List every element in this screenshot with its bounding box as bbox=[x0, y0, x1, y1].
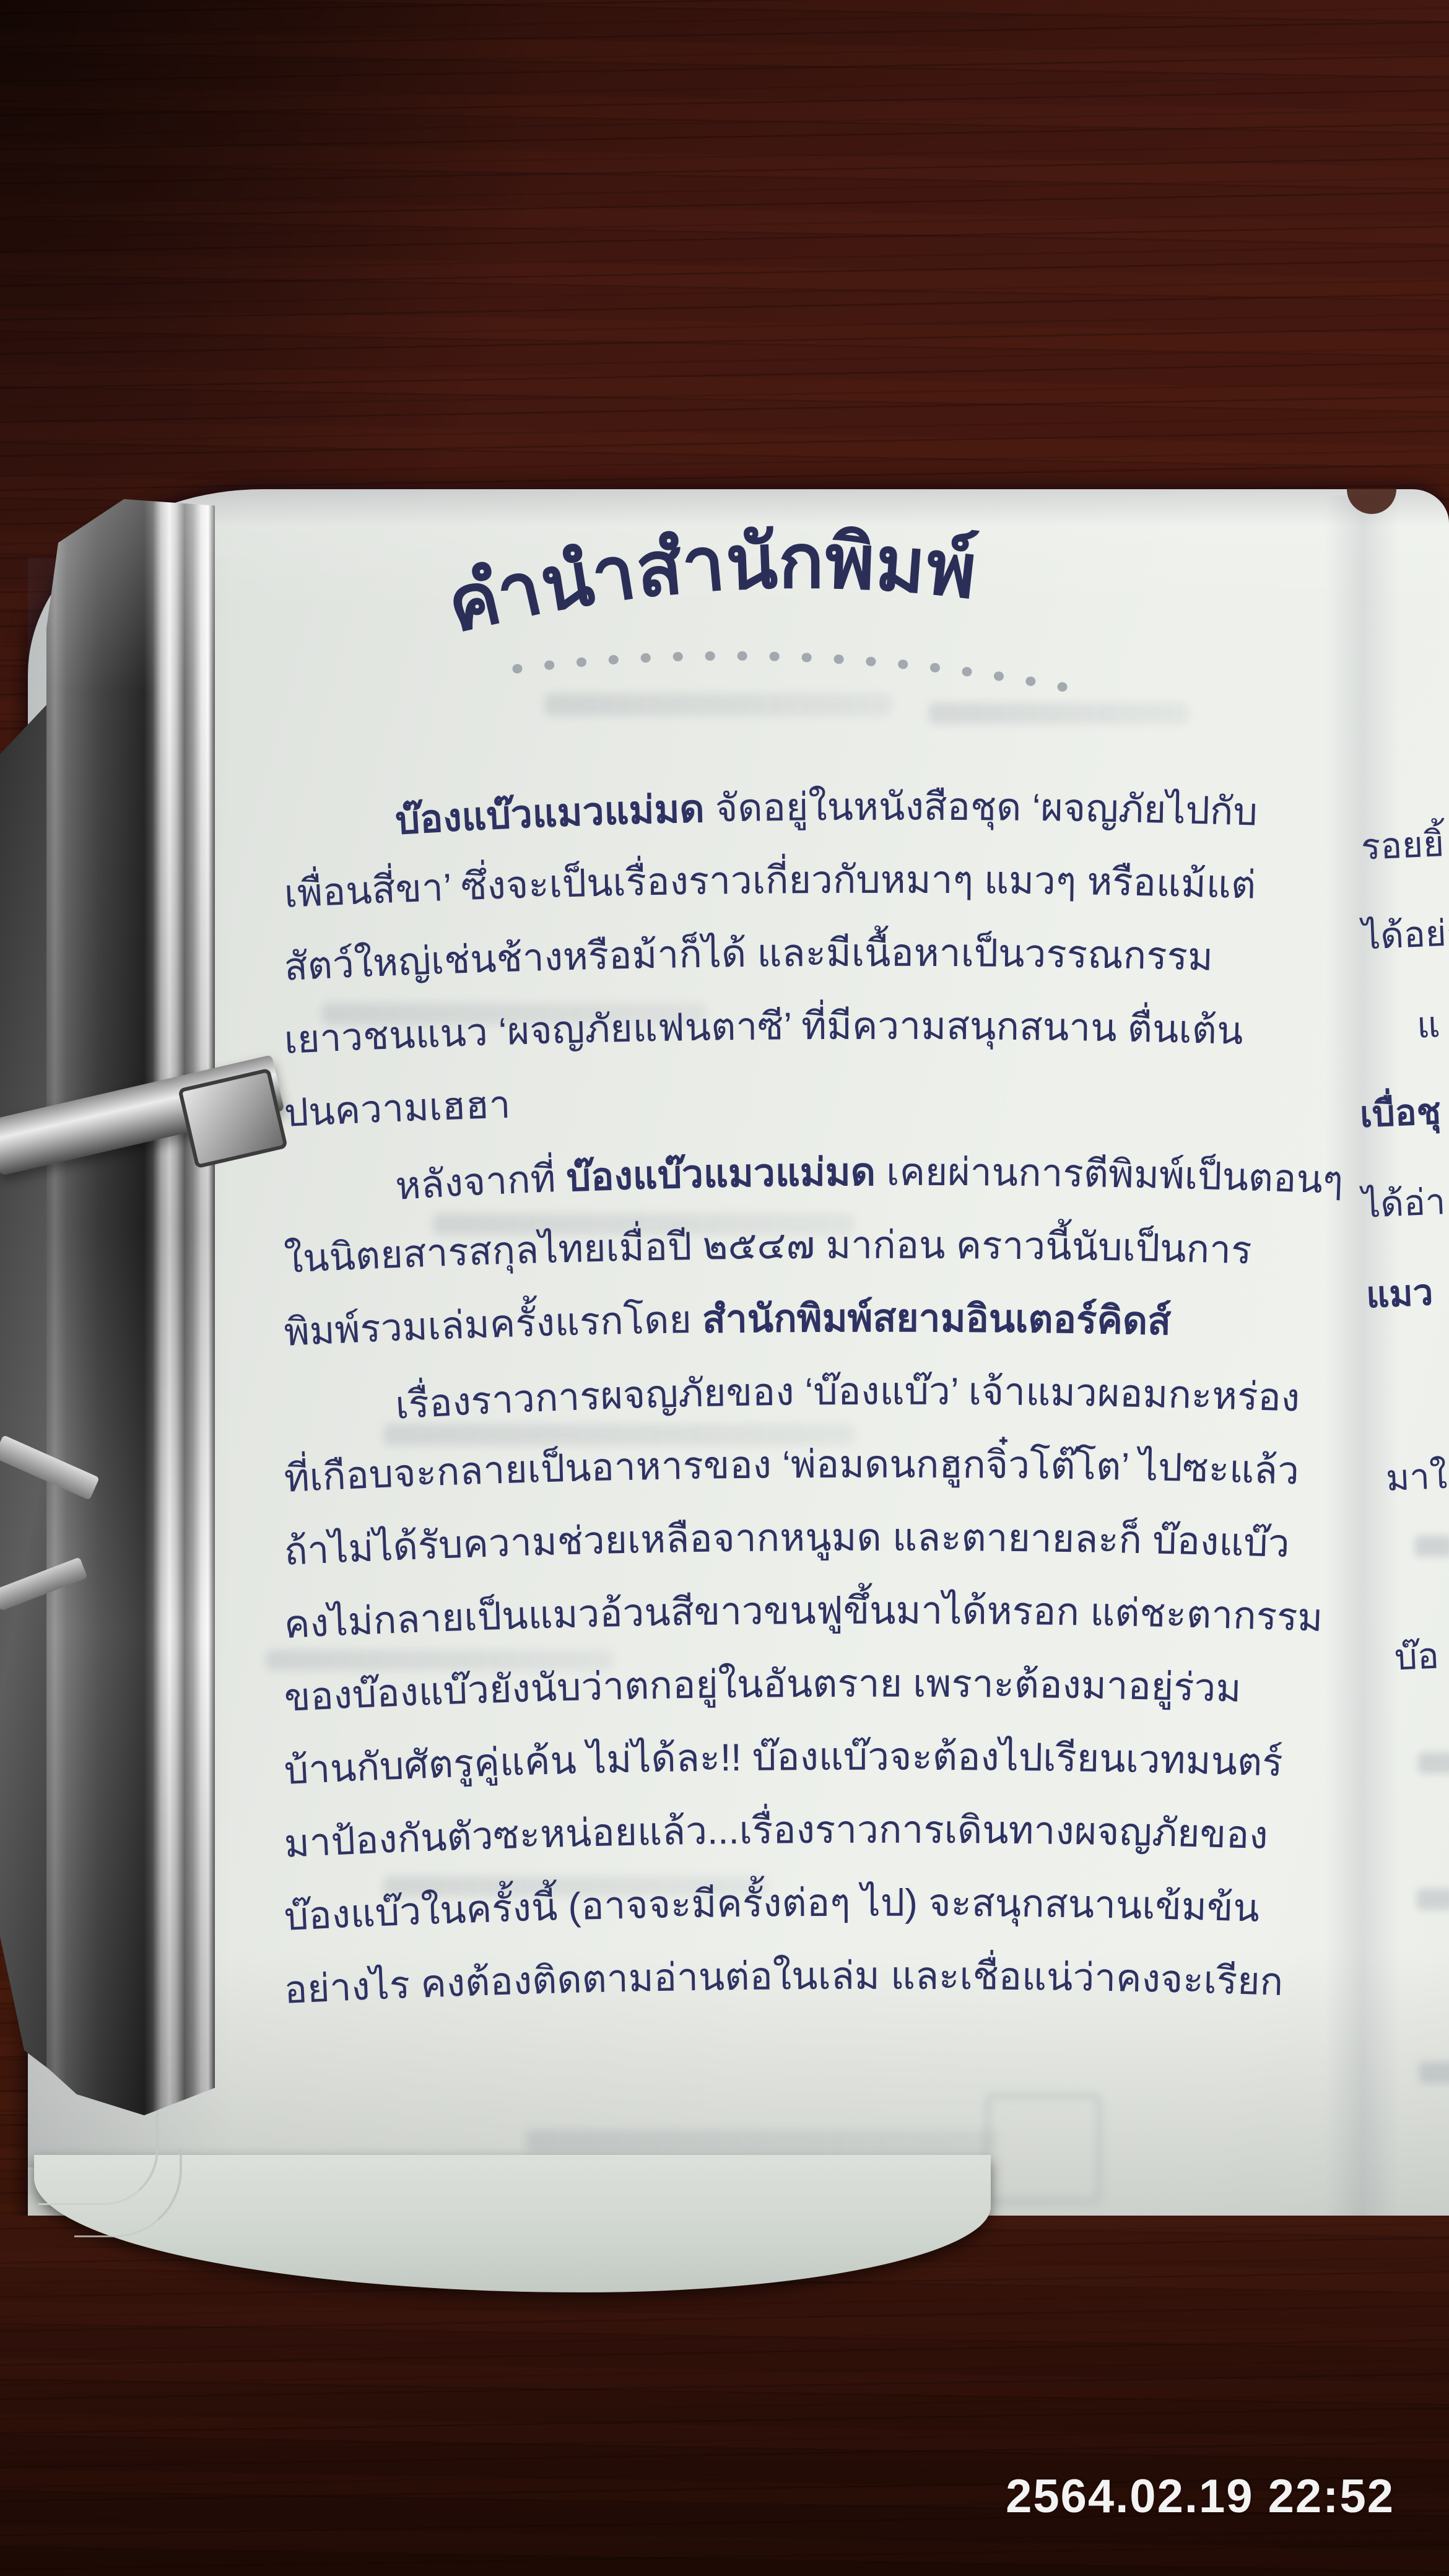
facing-page-show-through bbox=[1417, 1889, 1449, 1910]
body-line: สัตว์ใหญ่เช่นช้างหรือม้าก็ได้ และมีเนื้อ… bbox=[283, 925, 1213, 989]
facing-page-fragment: แ bbox=[1416, 995, 1441, 1054]
body-line: มาป้องกันตัวซะหน่อยแล้ว...เรื่องราวการเด… bbox=[283, 1804, 1268, 1866]
facing-page-fragment: เบื่อชุ bbox=[1359, 1082, 1442, 1143]
body-line: ของบ๊องแบ๊วยังนับว่าตกอยู่ในอันตราย เพรา… bbox=[283, 1663, 1242, 1720]
body-line: ถ้าไม่ได้รับความช่วยเหลือจากหนูมด และตาย… bbox=[283, 1516, 1290, 1573]
body-line: บ้านกับศัตรูคู่แค้น ไม่ได้ละ!! บ๊องแบ๊วจ… bbox=[283, 1736, 1283, 1793]
title-underline-dots bbox=[517, 656, 1071, 689]
facing-page-fragment: ได้อย่า bbox=[1361, 903, 1449, 965]
facing-page-show-through bbox=[1419, 2062, 1449, 2083]
page-title: คำนำสำนักพิมพ์ bbox=[440, 519, 980, 648]
facing-page-show-through bbox=[1418, 1752, 1449, 1773]
metal-clip-sheen bbox=[46, 499, 215, 2115]
facing-page-fragment: บ๊อ bbox=[1393, 1626, 1440, 1686]
facing-page-show-through bbox=[1415, 1536, 1449, 1557]
facing-page-fragment: ได้อ่า bbox=[1361, 1172, 1447, 1234]
body-line: บ๊องแบ๊วในครั้งนี้ (อาจจะมีครั้งต่อๆ ไป)… bbox=[283, 1876, 1260, 1939]
body-line: บ๊องแบ๊วแมวแม่มด จัดอยู่ในหนังสือชุด ‘ผจ… bbox=[394, 785, 1258, 843]
facing-page-fragment: มาใ bbox=[1385, 1447, 1448, 1507]
camera-timestamp: 2564.02.19 22:52 bbox=[1006, 2469, 1395, 2523]
facing-page-fragment: แมว bbox=[1365, 1263, 1434, 1324]
body-line: หลังจากที่ บ๊องแบ๊วแมวแม่มด เคยผ่านการตี… bbox=[394, 1151, 1344, 1208]
body-line: คงไม่กลายเป็นแมวอ้วนสีขาวขนฟูขึ้นมาได้หร… bbox=[283, 1583, 1323, 1647]
body-line: ที่เกือบจะกลายเป็นอาหารของ ‘พ่อมดนกฮูกจิ… bbox=[283, 1436, 1300, 1500]
body-line: เรื่องราวการผจญภัยของ ‘บ๊องแบ๊ว’ เจ้าแมว… bbox=[394, 1370, 1301, 1427]
body-line: อย่างไร คงต้องติดตามอ่านต่อในเล่ม และเชื… bbox=[283, 1949, 1284, 2012]
body-line: เยาวชนแนว ‘ผจญภัยแฟนตาซี’ ที่มีความสนุกส… bbox=[283, 999, 1243, 1062]
photo-canvas: คำนำสำนักพิมพ์ บ๊องแบ๊วแมวแม่มด จัดอยู่ใ… bbox=[0, 0, 1449, 2576]
body-line: เพื่อนสี่ขา’ ซึ่งจะเป็นเรื่องราวเกี่ยวกั… bbox=[283, 853, 1256, 916]
facing-page-fragment: รอยยิ้ bbox=[1360, 814, 1445, 876]
body-line: พิมพ์รวมเล่มครั้งแรกโดย สำนักพิมพ์สยามอิ… bbox=[283, 1295, 1172, 1354]
body-line: ในนิตยสารสกุลไทยเมื่อปี ๒๕๔๗ มาก่อน คราว… bbox=[283, 1219, 1252, 1281]
body-line: ปนความเฮฮา bbox=[283, 1084, 511, 1135]
